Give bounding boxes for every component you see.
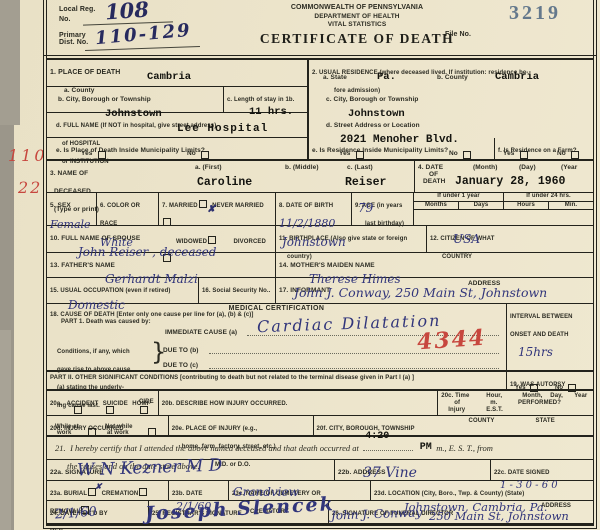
certify-text2: m., E. S. T., from	[436, 443, 493, 453]
row-1a: 1. PLACE OF DEATH a. County Cambria 2. U…	[47, 60, 593, 87]
hospital-value: Lee Hospital	[177, 123, 268, 135]
field-mother: 14. MOTHER'S MAIDEN NAME Therese Himes	[276, 253, 593, 277]
name-label1: 3. NAME OF	[50, 170, 88, 177]
under-24-hrs-label: If under 24 hrs.	[504, 193, 593, 201]
margin-note-110: 110	[8, 146, 48, 165]
county-value: Cambria	[147, 71, 191, 83]
field-place-of-injury: 20e. PLACE OF INJURY (e.g., home, farm, …	[169, 416, 314, 435]
interval-label1: INTERVAL BETWEEN	[510, 314, 573, 320]
field-part2: PART II. OTHER SIGNIFICANT CONDITIONS [c…	[47, 372, 507, 389]
year-col-label: Year	[574, 393, 587, 401]
row-spouse-birthplace: 10. FULL NAME OF SPOUSE John Reiser , de…	[47, 226, 593, 253]
field-date-signed: 22c. DATE SIGNED 1 - 3 0 - 6 0	[491, 460, 593, 480]
part2-label: PART II. OTHER SIGNIFICANT CONDITIONS [c…	[50, 375, 503, 383]
death-time-line	[363, 441, 413, 451]
file-no-label: File No.	[445, 31, 471, 40]
funeral-director-address-value: 250 Main St, Johnstown	[429, 509, 569, 523]
state-label: a. State	[323, 74, 347, 82]
residence-city-label: c. City, Borough or Township	[326, 96, 418, 103]
date-signed-label: 22c. DATE SIGNED	[494, 470, 550, 476]
field-funeral-director: 26. SIGNATURE OF FUNERAL DIRECTOR ADDRES…	[329, 501, 593, 523]
farm-yes-checkbox	[520, 151, 528, 159]
field-date-received: 24. DATE REC'D BY REG. 2/1/60	[47, 501, 149, 523]
spouse-label: 10. FULL NAME OF SPOUSE	[50, 235, 140, 242]
father-label: 13. FATHER'S NAME	[50, 262, 115, 269]
death-municipality-no: No	[187, 150, 196, 158]
field-city-of-death: b. City, Borough or Township Johnstown	[47, 87, 224, 113]
physician-signature: W N Kezner M D	[77, 455, 223, 480]
residence-county-value: Cambria	[495, 71, 539, 83]
field-residence-farm: f. Is Residence on a Farm? Yes No	[495, 138, 593, 159]
place-of-death-title: 1. PLACE OF DEATH	[50, 69, 120, 76]
primary-dist-label: Dist. No.	[59, 39, 88, 48]
row-1b: b. City, Borough or Township Johnstown c…	[47, 87, 593, 113]
org-line1: COMMONWEALTH OF PENNSYLVANIA	[227, 4, 487, 13]
conditions-note-line1: Conditions, if any, which	[57, 349, 130, 355]
scan-edge-top	[0, 0, 20, 125]
field-injury-city: 20f. CITY, BOROUGH, TOWNSHIP COUNTY STAT…	[314, 416, 593, 435]
field-time-of-injury: 20c. Time of Injury Hour, m. E.S.T. Mont…	[438, 391, 593, 415]
homicide-checkbox	[140, 406, 148, 414]
field-father: 13. FATHER'S NAME Gerhardt Malzi	[47, 253, 276, 277]
field-ssn: 16. Social Security No..	[199, 278, 276, 303]
row-1d: e. Is Place of Death Inside Municipality…	[47, 138, 593, 161]
margin-note-22: 22	[18, 178, 42, 197]
interval-label2: ONSET AND DEATH	[510, 332, 569, 338]
death-time-value: 4:20	[365, 431, 389, 442]
dod-year-label: (Year	[561, 164, 577, 172]
field-length-of-stay: c. Length of stay in 1b. 11 hrs.	[224, 87, 309, 113]
residence-municipality-yes-checkbox	[356, 151, 364, 159]
field-informant: 17. INFORMANT ADDRESS John J. Conway, 25…	[276, 278, 593, 303]
physician-address-value: 37 Vine	[363, 465, 417, 481]
farm-no-checkbox	[571, 151, 579, 159]
due-to-c-label: DUE TO (c)	[163, 362, 198, 370]
field-burial-type: 23a. BURIAL ✘ CREMATION REMOVAL	[47, 481, 169, 500]
row-1c: d. FULL NAME (If NOT in hospital, give s…	[47, 113, 593, 138]
min-label: Min.	[549, 202, 593, 210]
how-injury-label: 20b. DESCRIBE HOW INJURY OCCURRED.	[162, 401, 288, 407]
burial-location-label: 23d. LOCATION (City, Boro., Twp. & Count…	[374, 491, 524, 497]
org-line3: VITAL STATISTICS	[227, 21, 487, 29]
row-part2-autopsy: PART II. OTHER SIGNIFICANT CONDITIONS [c…	[47, 372, 593, 391]
field-cause-of-death: MEDICAL CERTIFICATION 18. CAUSE OF DEATH…	[47, 304, 507, 370]
local-reg-no-label: No.	[59, 16, 71, 25]
date-received-value: 2/1/60	[55, 505, 98, 523]
occupation-label: 15. USUAL OCCUPATION (even if retired)	[50, 288, 171, 294]
field-certify-statement: 21. I hereby certify that I attended the…	[47, 437, 593, 459]
first-name-label: a. (First)	[195, 164, 222, 172]
accident-checkbox	[74, 406, 82, 414]
field-citizen: 12. CITIZEN OF WHAT COUNTRY USA	[427, 226, 593, 252]
accident-num: 20a.	[50, 401, 62, 407]
dob-label: 8. DATE OF BIRTH	[279, 203, 333, 209]
field-death-municipality: e. Is Place of Death Inside Municipality…	[47, 138, 309, 159]
first-name-value: Caroline	[197, 176, 252, 189]
funeral-director-signature: John J. Conway	[331, 505, 423, 522]
birthplace-value: Johnstown	[282, 235, 346, 249]
certificate-header: Local Reg. No. 108 Primary Dist. No. 110…	[47, 0, 593, 58]
field-registrar-signature: 25. REGISTRAR'S SIGNATURE Joseph Slencek	[149, 501, 329, 523]
certify-num: 21.	[55, 443, 66, 453]
suicide-checkbox	[106, 406, 114, 414]
mother-label: 14. MOTHER'S MAIDEN NAME	[279, 262, 375, 269]
death-municipality-yes: Yes	[81, 150, 93, 158]
death-municipality-yes-checkbox	[98, 151, 106, 159]
row-sex-race-birth: 5. SEX Female 6. COLOR OR RACE White 7. …	[47, 193, 593, 226]
field-accident-type: 20a. ACCIDENT SUICIDE HOMI- CIDE	[47, 391, 159, 415]
row-registrar: 24. DATE REC'D BY REG. 2/1/60 25. REGIST…	[47, 501, 593, 525]
cause-label2: PART 1. Death was caused by:	[61, 319, 151, 327]
farm-yes: Yes	[503, 150, 515, 158]
row-medical-certification: MEDICAL CERTIFICATION 18. CAUSE OF DEATH…	[47, 304, 593, 372]
field-autopsy: 19. WAS AUTOPSY PERFORMED? Yes No	[507, 372, 593, 389]
field-physician-address: 22b. ADDRESS 37 Vine	[335, 460, 491, 480]
field-spouse: 10. FULL NAME OF SPOUSE John Reiser , de…	[47, 226, 276, 252]
field-how-injury: 20b. DESCRIBE HOW INJURY OCCURRED.	[159, 391, 438, 415]
field-age: 9. AGE (in years last birthday) 79	[352, 193, 414, 225]
due-to-b-label: DUE TO (b)	[163, 347, 199, 355]
never-married-checkbox	[163, 218, 171, 226]
residence-municipality-label: e. Is Residence Inside Municipality Limi…	[312, 147, 448, 154]
form-grid: 1. PLACE OF DEATH a. County Cambria 2. U…	[47, 58, 593, 525]
dod-label3: DEATH	[423, 178, 445, 186]
months-label: Months	[414, 202, 459, 210]
file-number-stamp: 3219	[509, 2, 561, 25]
field-burial-location: 23d. LOCATION (City, Boro., Twp. & Count…	[371, 481, 593, 500]
death-time-slot: 4:20	[363, 438, 415, 456]
field-street-address: d. Street Address or Location 2021 Menoh…	[309, 113, 593, 138]
not-while-at-work-checkbox	[148, 428, 156, 436]
field-usual-residence: 2. USUAL RESIDENCE (where deceased lived…	[309, 60, 593, 87]
certificate-frame: Local Reg. No. 108 Primary Dist. No. 110…	[46, 0, 594, 526]
field-residence-city: c. City, Borough or Township Johnstown	[309, 87, 593, 113]
place-injury-label1: 20e. PLACE OF INJURY (e.g.,	[172, 426, 257, 432]
middle-name-label: b. (Middle)	[285, 164, 319, 172]
scan-edge-bottom	[0, 330, 11, 530]
dod-value: January 28, 1960	[455, 175, 565, 188]
field-residence-municipality: e. Is Residence Inside Municipality Limi…	[309, 138, 495, 159]
header-org-block: COMMONWEALTH OF PENNSYLVANIA DEPARTMENT …	[227, 4, 487, 47]
field-name-of-deceased: 3. NAME OF DECEASED (Type or print) a. (…	[47, 161, 415, 192]
last-name-value: Reiser	[345, 176, 386, 189]
burial-check-mark: ✘	[95, 481, 102, 491]
immediate-cause-label: IMMEDIATE CAUSE (a)	[165, 329, 237, 337]
widowed-check-mark: ✘	[207, 204, 215, 215]
cremation-label: CREMATION	[102, 491, 139, 497]
row-name-date: 3. NAME OF DECEASED (Type or print) a. (…	[47, 161, 593, 193]
field-marital-status: 7. MARRIED NEVER MARRIED WIDOWED ✘ DIVOR…	[159, 193, 276, 225]
field-burial-date: 23b. DATE 2/1/60	[169, 481, 229, 500]
certify-text: I hereby certify that I attended the abo…	[70, 443, 359, 453]
death-ampm-value: PM	[420, 442, 432, 453]
row-physician: 22a. SIGNATURE M.D. or D.O. W N Kezner M…	[47, 460, 593, 481]
cremation-checkbox	[139, 488, 147, 496]
row-parents: 13. FATHER'S NAME Gerhardt Malzi 14. MOT…	[47, 253, 593, 278]
time-injury-label3: Injury	[448, 407, 465, 415]
row-occupation-informant: 15. USUAL OCCUPATION (even if retired) D…	[47, 278, 593, 304]
interval-value: 15hrs	[518, 345, 590, 359]
death-municipality-label: e. Is Place of Death Inside Municipality…	[56, 147, 205, 154]
death-municipality-no-checkbox	[201, 151, 209, 159]
row-injury-place: 20d. INJURY OCCURRED While at work Not w…	[47, 416, 593, 437]
last-name-label: c. (Last)	[347, 164, 373, 172]
never-married-label: NEVER MARRIED	[212, 203, 264, 209]
citizen-value: USA	[453, 232, 480, 246]
ssn-label: 16. Social Security No..	[202, 288, 270, 294]
local-reg-label: Local Reg.	[59, 6, 95, 15]
field-physician-signature: 22a. SIGNATURE M.D. or D.O. W N Kezner M…	[47, 460, 335, 480]
field-hospital: d. FULL NAME (If NOT in hospital, give s…	[47, 113, 309, 138]
residence-municipality-no-checkbox	[463, 151, 471, 159]
est-label: E.S.T.	[486, 407, 503, 415]
race-label: 6. COLOR OR RACE	[100, 203, 140, 227]
farm-no: No	[557, 150, 566, 158]
field-injury-occurred: 20d. INJURY OCCURRED While at work Not w…	[47, 416, 169, 435]
city-label: b. City, Borough or Township	[58, 96, 151, 103]
age-value: 79	[358, 201, 373, 215]
residence-municipality-yes: Yes	[339, 150, 351, 158]
informant-value: John J. Conway, 250 Main St, Johnstown	[294, 285, 547, 300]
day-col-label: Day,	[550, 393, 563, 401]
state-value: Pa.	[377, 71, 396, 83]
local-reg-value: 108	[104, 0, 149, 24]
field-color-race: 6. COLOR OR RACE White	[97, 193, 159, 225]
residence-county-label: b. County	[437, 74, 468, 82]
under-1-year-label: If under 1 year	[414, 193, 504, 201]
burial-label: 23a. BURIAL	[50, 491, 87, 497]
field-age-subtable: If under 1 year If under 24 hrs. Months …	[414, 193, 593, 225]
field-place-of-death: 1. PLACE OF DEATH a. County Cambria	[47, 60, 309, 87]
residence-municipality-no: No	[449, 150, 458, 158]
married-label: 7. MARRIED	[162, 203, 198, 209]
street-label: d. Street Address or Location	[326, 122, 420, 129]
field-occupation: 15. USUAL OCCUPATION (even if retired) D…	[47, 278, 199, 303]
field-sex: 5. SEX Female	[47, 193, 97, 225]
field-birthplace: 11. BIRTHPLACE (Also give state or forei…	[276, 226, 427, 252]
stay-label: c. Length of stay in 1b.	[227, 97, 294, 103]
field-date-of-death: 4. DATE OF DEATH (Month) (Day) (Year Jan…	[415, 161, 593, 192]
while-at-work-checkbox	[88, 428, 96, 436]
burial-date-label: 23b. DATE	[172, 491, 202, 497]
hours-label: Hours	[504, 202, 549, 210]
org-line2: DEPARTMENT OF HEALTH	[227, 13, 487, 21]
due-to-c-line	[209, 359, 499, 369]
field-interval: INTERVAL BETWEEN ONSET AND DEATH 15hrs	[507, 304, 593, 370]
accident-label: ACCIDENT	[67, 401, 99, 407]
married-checkbox	[199, 200, 207, 208]
sex-label: 5. SEX	[50, 202, 71, 209]
injury-county-label: COUNTY	[469, 418, 495, 426]
row-accident: 20a. ACCIDENT SUICIDE HOMI- CIDE 20b. DE…	[47, 391, 593, 416]
dod-month-label: (Month)	[473, 164, 498, 172]
row-certify-statement: 21. I hereby certify that I attended the…	[47, 437, 593, 460]
days-label: Days	[459, 202, 504, 210]
month-col-label: Month,	[522, 393, 542, 401]
dod-day-label: (Day)	[519, 164, 536, 172]
field-date-of-birth: 8. DATE OF BIRTH 11/2/1880	[276, 193, 352, 225]
case-number-stamp: 4344	[416, 325, 487, 356]
injury-state-label: STATE	[536, 418, 555, 426]
